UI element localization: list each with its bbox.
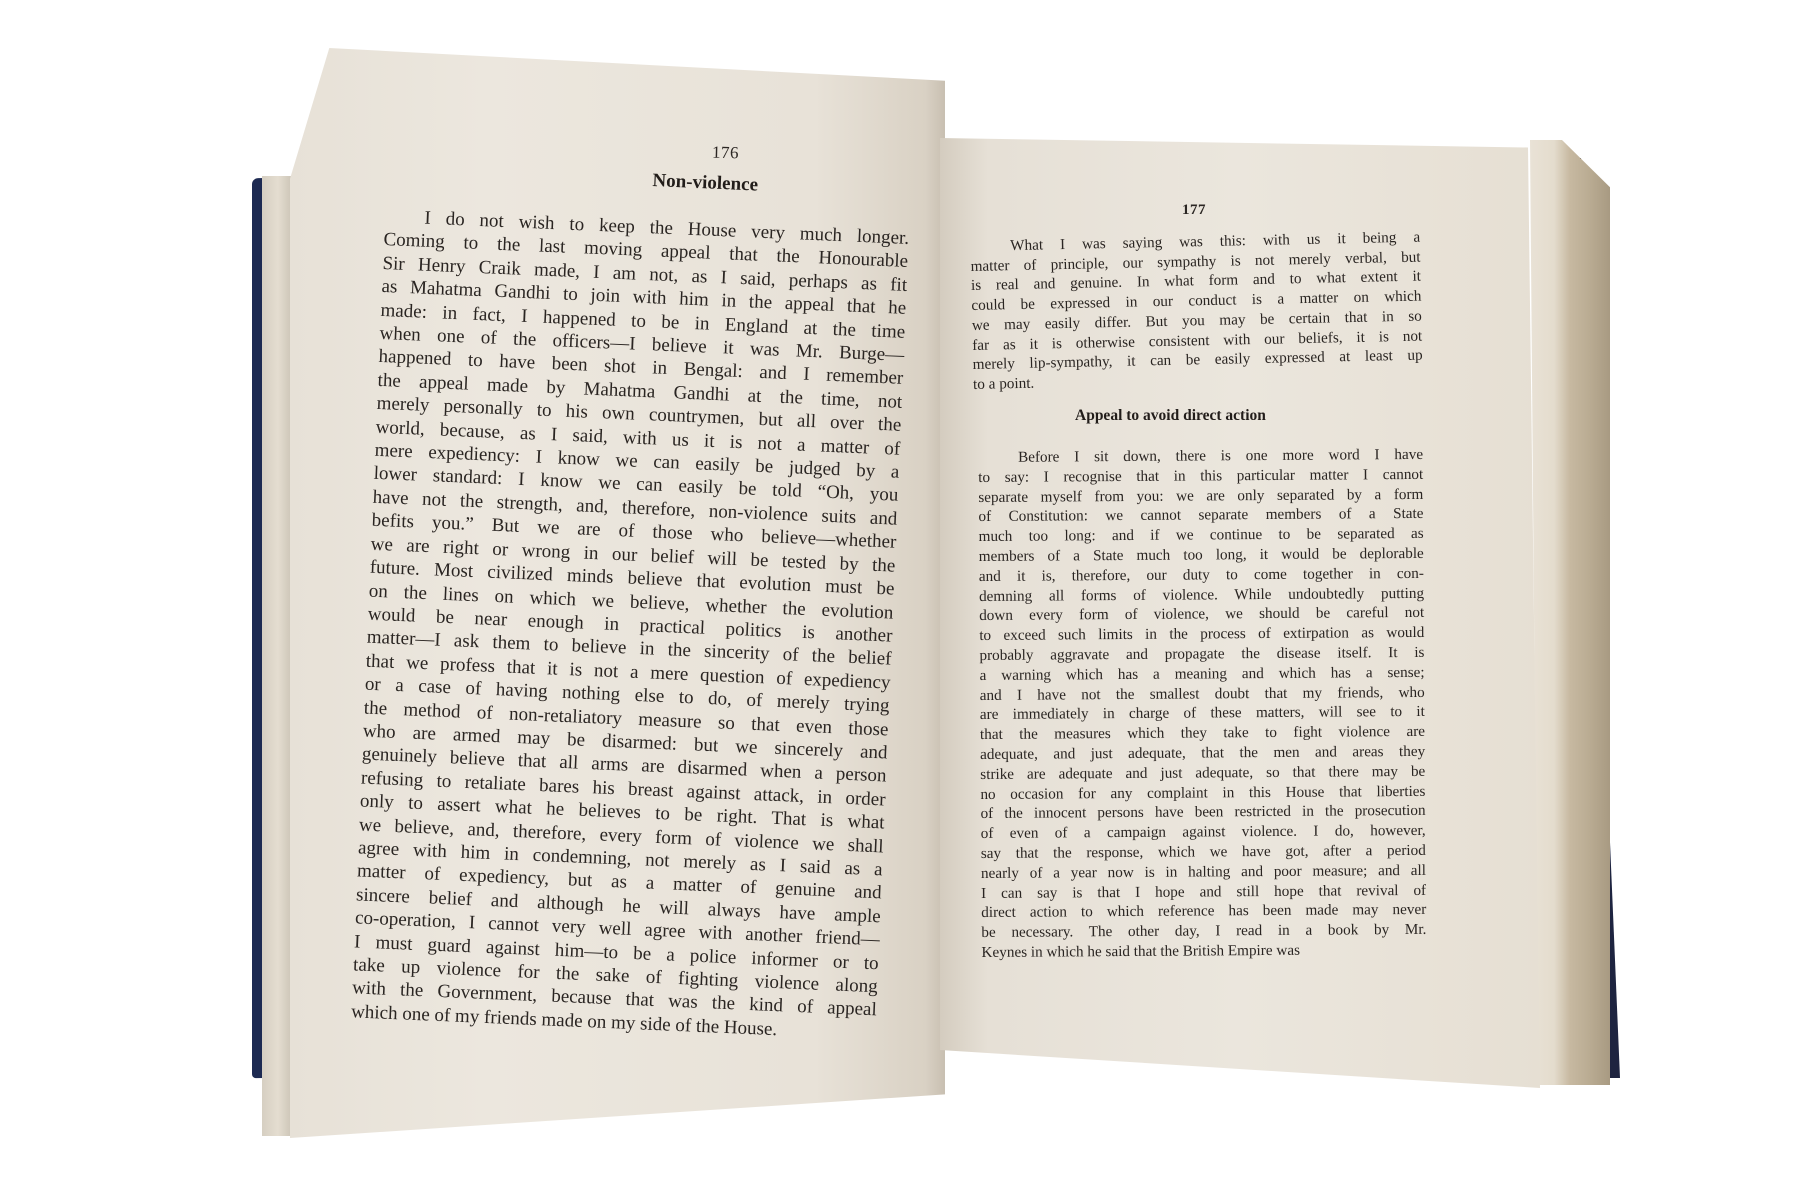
- text-line: probably aggravate and propagate the dis…: [979, 643, 1424, 666]
- open-book: 176 Non-violence I do not wish to keep t…: [0, 0, 1800, 1200]
- left-page-heading: Non-violence: [652, 170, 758, 197]
- right-page-block-edges: [1530, 140, 1610, 1085]
- text-line: to say: I recognise that in this particu…: [978, 465, 1423, 488]
- text-line: adequate, and just adequate, that the me…: [980, 742, 1425, 765]
- left-page-number: 176: [712, 143, 740, 164]
- text-line: strike are adequate and just adequate, s…: [980, 762, 1425, 785]
- text-line: nearly of a year now is in halting and p…: [981, 861, 1426, 884]
- text-line: say that the response, which we have got…: [981, 841, 1426, 864]
- right-page-paragraph-2: Before I sit down, there is one more wor…: [978, 445, 1427, 963]
- left-page-body: I do not wish to keep the House very muc…: [351, 205, 910, 1045]
- text-line: members of a State much too long, it wou…: [979, 544, 1424, 567]
- text-line: and it is, therefore, our duty to come t…: [979, 564, 1424, 587]
- text-line: Keynes in which he said that the British…: [981, 940, 1426, 963]
- right-page-heading: Appeal to avoid direct action: [1075, 407, 1266, 425]
- right-page-number: 177: [1182, 202, 1206, 219]
- text-line: be necessary. The other day, I read in a…: [981, 920, 1426, 943]
- right-page-paragraph-1: What I was saying was this: with us it b…: [970, 228, 1423, 395]
- text-line: a warning which has a meaning and which …: [980, 663, 1425, 686]
